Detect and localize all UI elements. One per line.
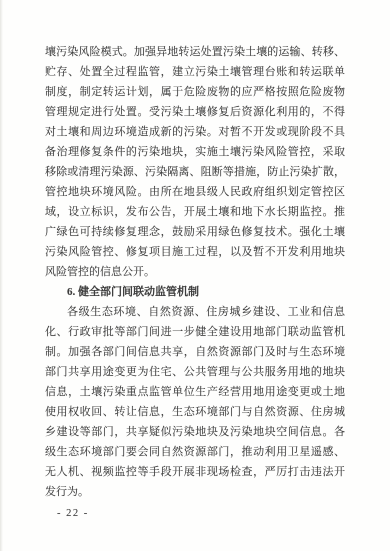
text-line: 管控地块环境风险。由所在地县级人民政府组织划定管控区	[45, 182, 345, 202]
page-number-footer: - 22 -	[57, 506, 89, 522]
scan-edge-shadow	[0, 0, 3, 551]
text-line: 部门共享用途变更为住宅、公共管理与公共服务用地的地块	[45, 362, 345, 382]
text-line: 对土壤和周边环境造成新的污染。对暂不开发或现阶段不具	[45, 122, 345, 142]
document-page: 壤污染风险模式。加强异地转运处置污染土壤的运输、转移、贮存、处置全过程监管，建立…	[0, 0, 390, 551]
text-line: 域，设立标识，发布公告，开展土壤和地下水长期监控。推	[45, 202, 345, 222]
section-heading: 6. 健全部门间联动监管机制	[45, 282, 345, 302]
text-line: 化、行政审批等部门间进一步健全建设用地部门联动监管机	[45, 322, 345, 342]
text-line: 风险管控的信息公开。	[45, 262, 345, 282]
text-line: 制度，制定转运计划，属于危险废物的应严格按照危险废物	[45, 82, 345, 102]
text-line: 使用权收回、转让信息，生态环境部门与自然资源、住房城	[45, 402, 345, 422]
text-line: 发行为。	[45, 482, 345, 502]
text-lines: 壤污染风险模式。加强异地转运处置污染土壤的运输、转移、贮存、处置全过程监管，建立…	[45, 42, 345, 502]
text-line: 级生态环境部门要会同自然资源部门，推动利用卫星遥感、	[45, 442, 345, 462]
text-line: 信息，土壤污染重点监管单位生产经营用地用途变更或土地	[45, 382, 345, 402]
text-line: 制。加强各部门间信息共享，自然资源部门及时与生态环境	[45, 342, 345, 362]
text-line: 贮存、处置全过程监管，建立污染土壤管理台账和转运联单	[45, 62, 345, 82]
text-line: 广绿色可持续修复理念，鼓励采用绿色修复技术。强化土壤	[45, 222, 345, 242]
text-line: 壤污染风险模式。加强异地转运处置污染土壤的运输、转移、	[45, 42, 345, 62]
text-line: 移除或清理污染源、污染隔离、阻断等措施，防止污染扩散，	[45, 162, 345, 182]
text-line: 乡建设等部门，共享疑似污染地块及污染地块空间信息。各	[45, 422, 345, 442]
text-line: 管理规定进行处置。受污染土壤修复后资源化利用的，不得	[45, 102, 345, 122]
text-line: 各级生态环境、自然资源、住房城乡建设、工业和信息	[45, 302, 345, 322]
text-line: 污染风险管控、修复项目施工过程，以及暂不开发利用地块	[45, 242, 345, 262]
text-line: 备治理修复条件的污染地块，实施土壤污染风险管控，采取	[45, 142, 345, 162]
text-line: 无人机、视频监控等手段开展非现场检查，严厉打击违法开	[45, 462, 345, 482]
